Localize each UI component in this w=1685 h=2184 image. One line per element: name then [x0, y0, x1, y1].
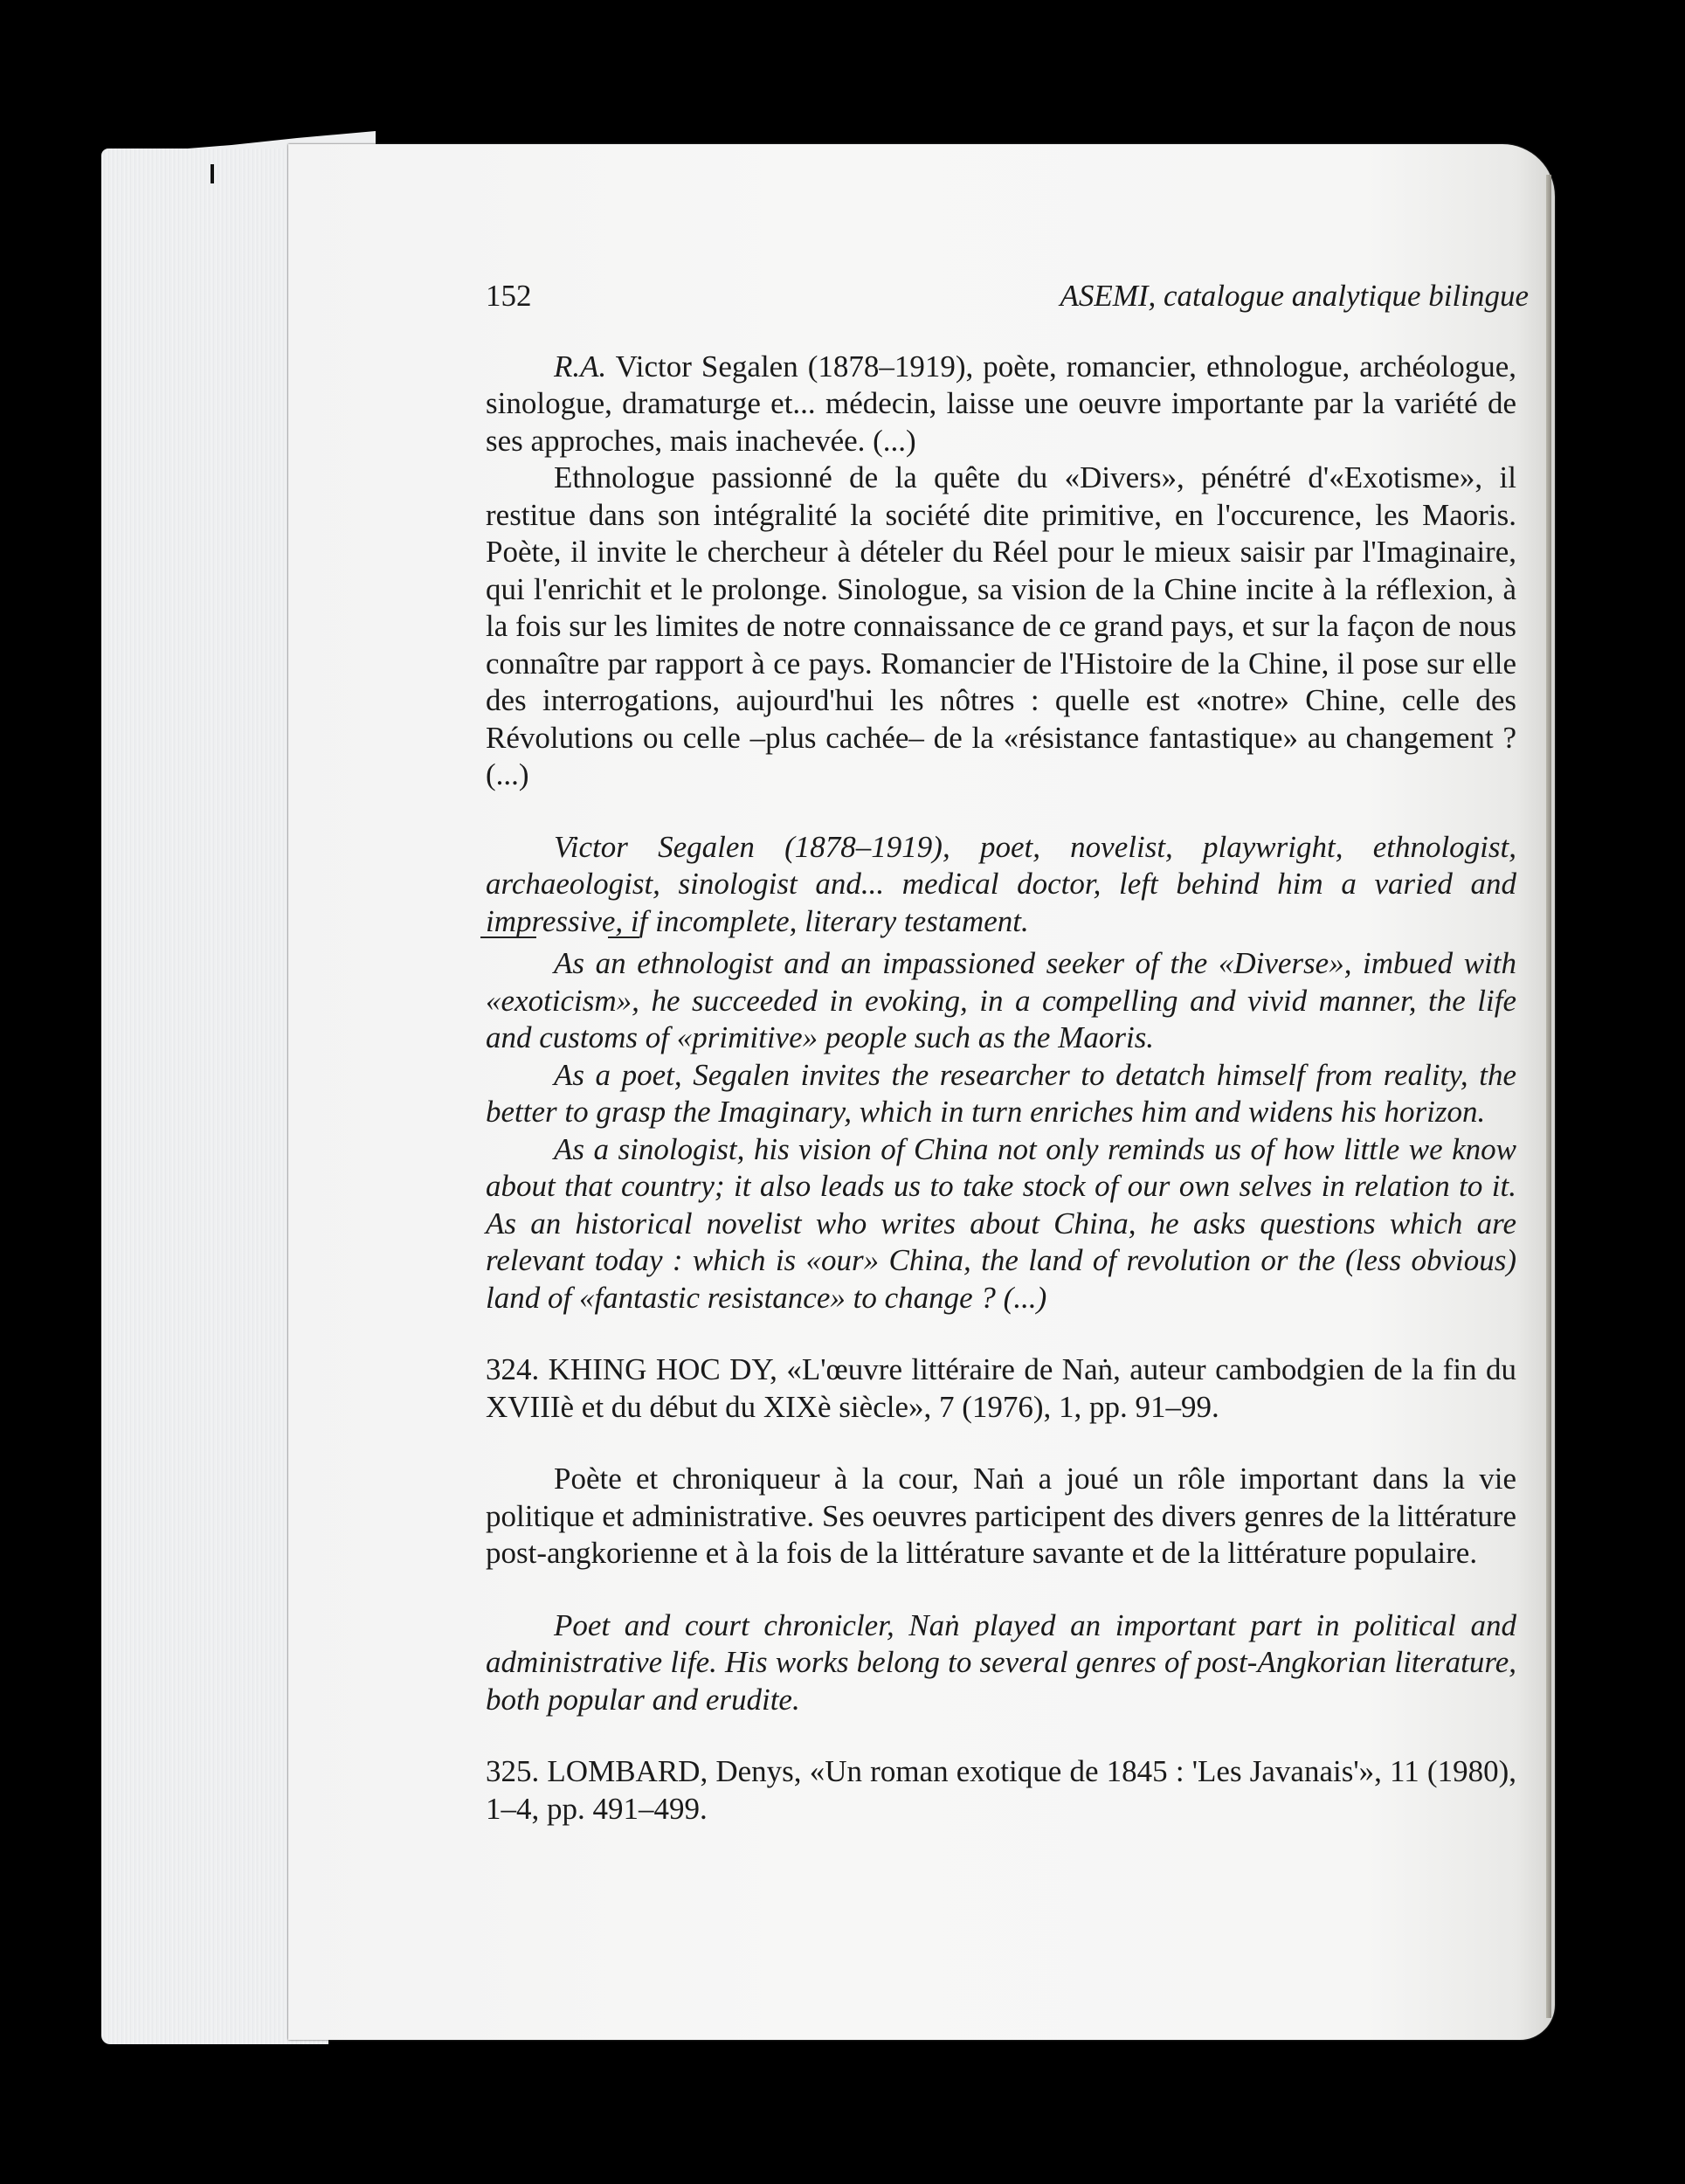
french-summary-paragraph-1: R.A. Victor Segalen (1878–1919), poète, … — [486, 349, 1516, 460]
spacer — [486, 794, 1516, 829]
entry-325-citation: 325. LOMBARD, Denys, «Un roman exotique … — [486, 1753, 1516, 1828]
page-stack-notch — [211, 164, 214, 183]
entry-325: 325. LOMBARD, Denys, «Un roman exotique … — [486, 1753, 1516, 1828]
spacer — [486, 1317, 1516, 1351]
entry-323-continued: R.A. Victor Segalen (1878–1919), poète, … — [486, 349, 1516, 1317]
entry-324-english-summary: Poet and court chronicler, Naṅ played an… — [486, 1607, 1516, 1719]
running-title: ASEMI, catalogue analytique bilingue — [1060, 278, 1529, 315]
english-summary-paragraph-4: As a sinologist, his vision of China not… — [486, 1131, 1516, 1317]
english-summary-paragraph-1: Victor Segalen (1878–1919), poet, noveli… — [486, 829, 1516, 941]
page-header: 152 ASEMI, catalogue analytique bilingue — [486, 278, 1516, 315]
french-summary-paragraph-2: Ethnologue passionné de la quête du «Div… — [486, 460, 1516, 794]
entry-324-french-summary: Poète et chroniqueur à la cour, Naṅ a jo… — [486, 1461, 1516, 1572]
page-content: 152 ASEMI, catalogue analytique bilingue… — [486, 278, 1516, 1828]
spacer — [486, 1572, 1516, 1607]
english-summary-paragraph-2: As an ethnologist and an impassioned see… — [486, 945, 1516, 1057]
entry-324: 324. KHING HOC DY, «L'œuvre littéraire d… — [486, 1351, 1516, 1718]
english-summary-paragraph-3: As a poet, Segalen invites the researche… — [486, 1057, 1516, 1131]
page-number: 152 — [486, 278, 532, 315]
pencil-underline-mark — [486, 940, 1516, 945]
page-right-edge — [1546, 175, 1551, 2018]
spacer — [486, 1426, 1516, 1461]
entry-324-citation: 324. KHING HOC DY, «L'œuvre littéraire d… — [486, 1351, 1516, 1426]
summary-label: R.A. — [554, 349, 606, 384]
spacer — [486, 1718, 1516, 1753]
